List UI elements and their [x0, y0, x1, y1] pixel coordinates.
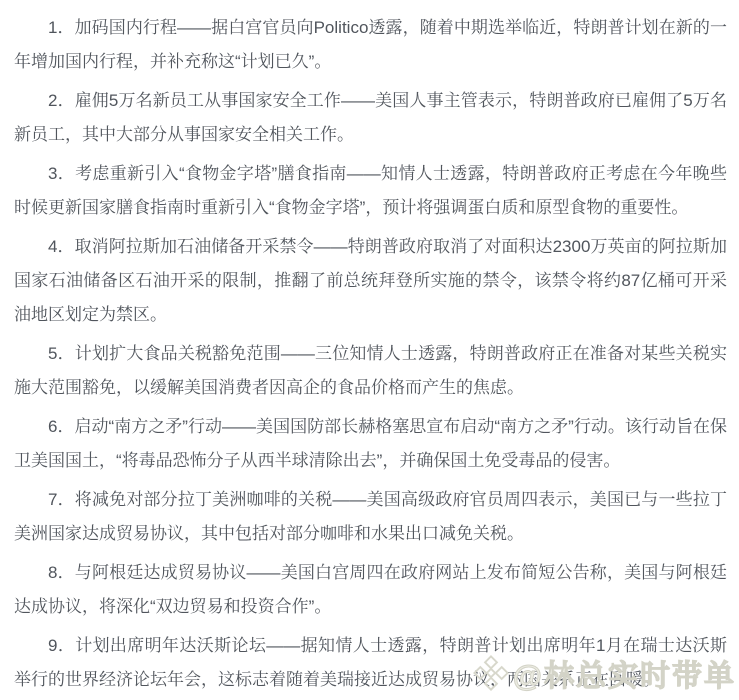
page: { "page": { "background": "#ffffff", "te… — [0, 0, 739, 700]
news-item-8: 8．与阿根廷达成贸易协议——美国白宫周四在政府网站上发布简短公告称，美国与阿根廷… — [14, 556, 727, 624]
news-item-7: 7．将减免对部分拉丁美洲咖啡的关税——美国高级政府官员周四表示，美国已与一些拉丁… — [14, 483, 727, 551]
news-item-9: 9．计划出席明年达沃斯论坛——据知情人士透露，特朗普计划出席明年1月在瑞士达沃斯… — [14, 629, 727, 697]
news-article: 1．加码国内行程——据白宫官员向Politico透露，随着中期选举临近，特朗普计… — [0, 0, 739, 697]
news-item-1: 1．加码国内行程——据白宫官员向Politico透露，随着中期选举临近，特朗普计… — [14, 11, 727, 79]
news-item-2: 2．雇佣5万名新员工从事国家安全工作——美国人事主管表示，特朗普政府已雇佣了5万… — [14, 84, 727, 152]
news-item-5: 5．计划扩大食品关税豁免范围——三位知情人士透露，特朗普政府正在准备对某些关税实… — [14, 337, 727, 405]
news-item-4: 4．取消阿拉斯加石油储备开采禁令——特朗普政府取消了对面积达2300万英亩的阿拉… — [14, 230, 727, 332]
news-item-3: 3．考虑重新引入“食物金字塔”膳食指南——知情人士透露，特朗普政府正考虑在今年晚… — [14, 157, 727, 225]
news-item-6: 6．启动“南方之矛”行动——美国国防部长赫格塞思宣布启动“南方之矛”行动。该行动… — [14, 410, 727, 478]
